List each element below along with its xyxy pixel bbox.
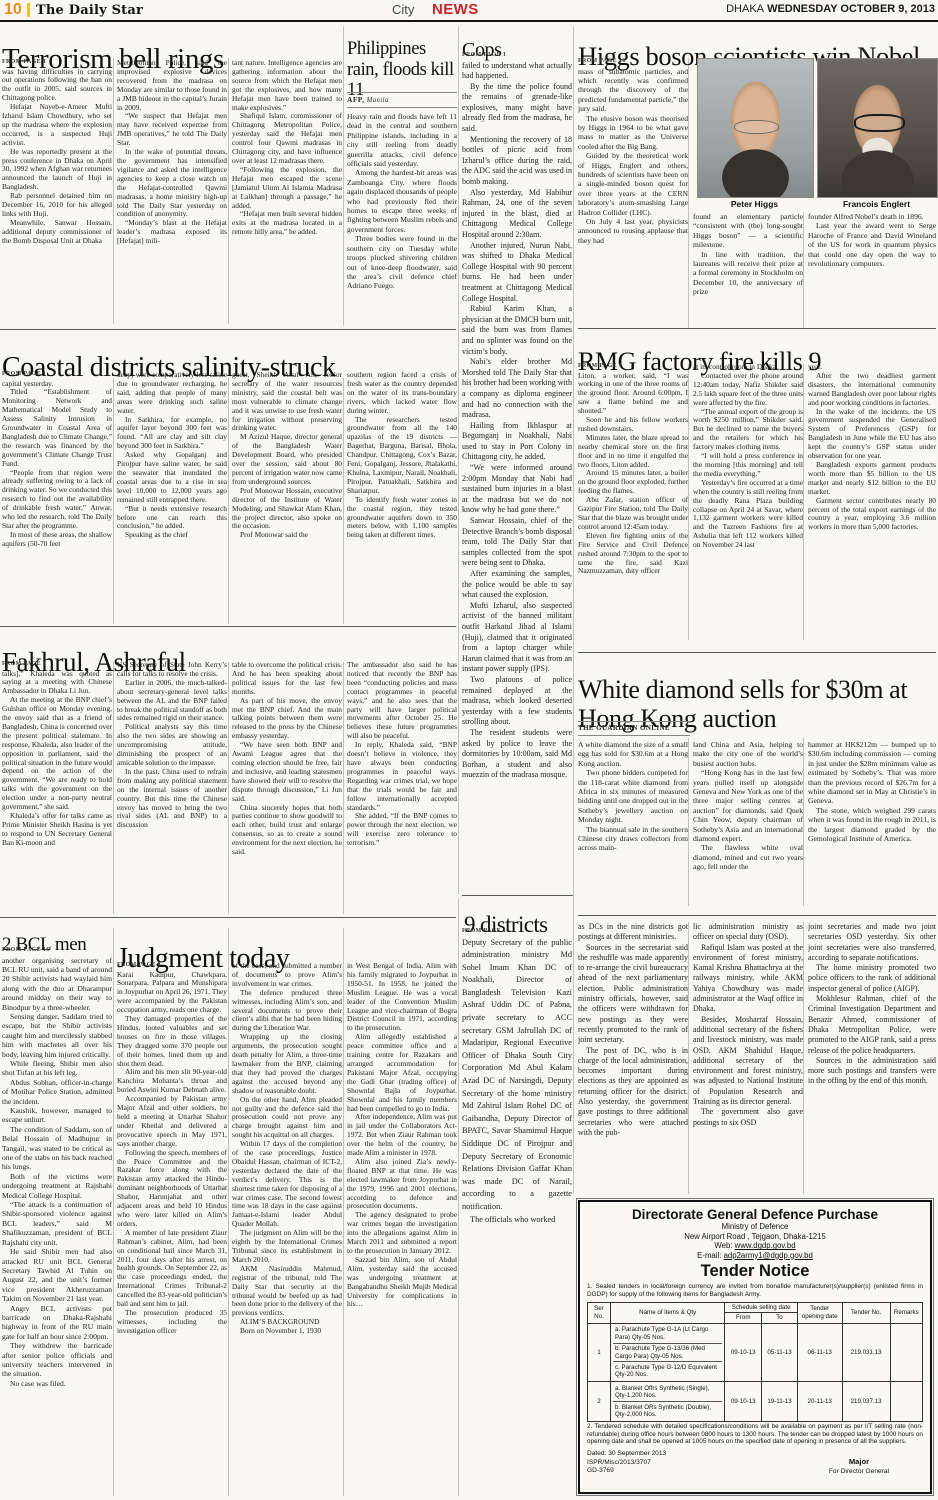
paragraph: In most of these areas, the shallow aqui… — [2, 531, 112, 549]
paragraph: Meanwhile, Sanwar Hossain, additional de… — [2, 219, 112, 246]
column-rule — [228, 928, 229, 1496]
photo-caption: Francois Englert — [817, 199, 936, 209]
paragraph: Two platoons of police remained deployed… — [462, 675, 572, 728]
article-column: of the case, and submitted a number of d… — [232, 962, 342, 1496]
continuation-tag: From Page 1 — [462, 52, 572, 58]
article-column: From Page 16 another organising secretar… — [2, 947, 112, 1495]
col-header-tender-no: Tender No. — [842, 1302, 890, 1323]
paragraph: southern region faced a crisis of fresh … — [347, 371, 457, 416]
paragraph: Rab personnel detained him on December 1… — [2, 192, 112, 219]
paragraph: He was reportedly present at the press c… — [2, 148, 112, 193]
dateline-city: DHAKA — [726, 3, 764, 15]
cell-items: a. Blanket Offrs Synthetic (Single), Qty… — [610, 1382, 724, 1422]
byline-place: Manila — [367, 97, 389, 104]
cell-remarks — [890, 1382, 922, 1422]
column-rule — [343, 928, 344, 1496]
paragraph: The stone, which weighed 299 carats when… — [808, 806, 936, 844]
article-column: From Page 1 was having difficulties in c… — [2, 59, 112, 325]
column-text: capital yesterday.Titled “Establishment … — [2, 380, 112, 549]
paragraph: mass of subatomic particles, and which r… — [578, 67, 688, 114]
continuation-tag: From Page 1 — [117, 962, 227, 968]
article-column: as DCs in the nine districts got posting… — [578, 922, 688, 1194]
article-column: founder Alfred Nobel’s death in 1896.Las… — [808, 212, 936, 328]
paragraph: Minutes later, the blaze spread to nearb… — [578, 434, 688, 470]
paragraph: No case was filed. — [2, 1379, 112, 1388]
col-header-schedule: Schedule selling date — [725, 1302, 797, 1312]
paragraph: The defence produced three witnesses, in… — [232, 989, 342, 1034]
paragraph: Wrapping up the closing arguments, the p… — [232, 1033, 342, 1095]
tender-table: Ser No. Name of items & Qty Schedule sel… — [587, 1302, 923, 1422]
paragraph: Shafiqul Islam, commissioner of Chittago… — [232, 112, 342, 165]
column-rule — [343, 662, 344, 914]
paragraph: The condition of Saddam, son of Belal Ho… — [2, 1125, 112, 1172]
tender-signature: Major For Director General — [829, 1458, 889, 1476]
paragraph: founder Alfred Nobel’s death in 1896. — [808, 212, 936, 221]
web-link[interactable]: www.dgdp.gov.bd — [735, 1241, 796, 1250]
paragraph: They damaged properties of the Hindus, l… — [117, 1015, 227, 1068]
paragraph: Rabiul Karim Khan, a physician at the DM… — [462, 304, 572, 357]
paragraph: The government also gave postings to six… — [693, 1107, 803, 1128]
paragraph: Titled “Establishment of Monitoring Netw… — [2, 388, 112, 468]
tender-email-line: E-mail: adp2army1@dgdp.gov.bd — [587, 1251, 923, 1261]
article-column: in West Bengal of India, Alim with his f… — [347, 962, 457, 1496]
paragraph: Soon he and his fellow workers rushed do… — [578, 416, 688, 434]
paragraph: He said Shibir men had also attacked RU … — [2, 1247, 112, 1303]
web-label: Web: — [714, 1241, 734, 1250]
paragraph: Eleven fire fighting units of the Fire S… — [578, 532, 688, 577]
article-column: From Page 1 Liton, a worker, said, “I wa… — [578, 363, 688, 641]
paragraph: land China and Asia, helping to make the… — [693, 740, 803, 768]
paragraph: A white diamond the size of a small egg … — [578, 740, 688, 768]
cell-ser: 1 — [588, 1323, 611, 1381]
section-label-city: City — [392, 2, 414, 17]
byline-agency: AFP, — [347, 95, 364, 104]
column-rule — [803, 922, 804, 1194]
paragraph: found an elementary particle “consistent… — [693, 212, 803, 250]
column-rule — [458, 26, 459, 894]
paragraph: Contacted over the phone around 12:40am … — [693, 372, 803, 408]
paragraph: Speaking as the chief — [117, 531, 227, 540]
paragraph: lic administration ministry as officer o… — [693, 922, 803, 943]
paragraph: Karai Kadipur, Chawkpara, Sonarpara, Pal… — [117, 971, 227, 1016]
email-label: E-mail: — [697, 1251, 723, 1260]
paragraph: After the two deadliest garment disaster… — [808, 372, 936, 408]
paragraph: Metropolitan Police, said the improvised… — [117, 59, 227, 112]
article-column: US Secretary of State John Kerry’s calls… — [117, 661, 227, 914]
column-rule — [113, 662, 114, 914]
continuation-tag: From Page 16 — [462, 928, 572, 934]
column-text: Liton, a worker, said, “I was working in… — [578, 372, 688, 577]
paragraph: Khaleda’s offer for talks came as Prime … — [2, 812, 112, 848]
paragraph: Abdus Sobhan, officer-in-charge of Motih… — [2, 1078, 112, 1106]
paragraph: Political analysts say this time also th… — [117, 723, 227, 768]
article-column: land China and Asia, helping to make the… — [693, 740, 803, 906]
article-column: found an elementary particle “consistent… — [693, 212, 803, 328]
paragraph: The agency designated to probe war crime… — [347, 1211, 457, 1256]
article-column: From Page 16 mass of subatomic particles… — [578, 58, 688, 328]
paragraph: In the wake of potential threats, the go… — [117, 148, 227, 219]
paragraph: While fleeing, Shibir men also shot Tufa… — [2, 1059, 112, 1078]
paragraph: “We have seen both BNP and Awami League … — [232, 741, 342, 803]
paragraph: a. Blanket Offrs Synthetic (Single), Qty… — [613, 1383, 722, 1401]
paragraph: The judgment on Alim will be the eighth … — [232, 1229, 342, 1265]
column-rule — [343, 378, 344, 624]
paragraph: Earlier in 2006, the much-talked-about s… — [117, 679, 227, 724]
paragraph: Besides, Mosharraf Hossain, additional s… — [693, 1015, 803, 1108]
photo-peter-higgs — [697, 58, 814, 198]
tender-paragraph-1: 1. Sealed tenders in local/foreign curre… — [587, 1283, 923, 1299]
column-text: talks],” Khaleda was quoted as saying at… — [2, 670, 112, 848]
paragraph: Sources in the secretariat said the resh… — [578, 943, 688, 1046]
dateline: DHAKA WEDNESDAY OCTOBER 9, 2013 — [726, 3, 935, 15]
paragraph: Rafiqul Islam was posted at the environm… — [693, 943, 803, 1015]
paragraph: The officials who worked — [462, 1214, 572, 1227]
column-text: Deputy Secretary of the public administr… — [462, 937, 572, 1227]
column-rule — [113, 58, 114, 324]
paragraph: Asked why Gopalganj and Pirojpur have sa… — [117, 451, 227, 504]
article-column: lic administration ministry as officer o… — [693, 922, 803, 1194]
article-column: at its control room in Dhaka.Contacted o… — [693, 363, 803, 641]
paragraph: US Secretary of State John Kerry’s calls… — [117, 661, 227, 679]
col-header-ser: Ser No. — [588, 1302, 611, 1323]
paragraph: tant nature. Intelligence agencies are g… — [232, 59, 342, 112]
paragraph: “Following the explosion, the Hefajat me… — [232, 166, 342, 211]
col-header-from: From — [725, 1313, 762, 1323]
paragraph: Prof Monowar said the — [232, 531, 342, 540]
column-rule — [803, 212, 804, 328]
article-column: From Page 1 capital yesterday.Titled “Es… — [2, 371, 112, 624]
article-column: From Page 1 talks],” Khaleda was quoted … — [2, 661, 112, 914]
cell-from: 09-10-13 — [725, 1323, 762, 1381]
paragraph: Alim allegedly established a peace commi… — [347, 1033, 457, 1113]
column-rule — [458, 898, 459, 1496]
paragraph: failed to understand what actually had h… — [462, 61, 572, 82]
article-column: table to overcome the political crisis. … — [232, 661, 342, 914]
article-column: tant nature. Intelligence agencies are g… — [232, 59, 342, 325]
col-header-to: To — [762, 1313, 798, 1323]
cell-tender-no: 219.037.13 — [842, 1382, 890, 1422]
photo-francois-englert — [817, 58, 938, 198]
paragraph: Mufti Izharul, also suspected activist o… — [462, 601, 572, 675]
folio-divider — [27, 3, 30, 17]
column-rule — [228, 378, 229, 624]
paragraph: Following the speech, members of the Pea… — [117, 1149, 227, 1229]
cell-items: a. Parachute Type G-1A (Lt Cargo Para) Q… — [610, 1323, 724, 1381]
tender-org-name: Directorate General Defence Purchase — [587, 1207, 923, 1222]
tender-footer: Dated: 30 September 2013 ISPR/Misc/2013/… — [587, 1450, 923, 1476]
tender-ministry: Ministry of Defence — [587, 1222, 923, 1232]
cell-ser: 2 — [588, 1382, 611, 1422]
section-rule — [0, 917, 456, 918]
paragraph: She added, “If the BNP comes to power th… — [347, 812, 457, 848]
paragraph: In line with tradition, the laureates wi… — [693, 250, 803, 297]
paragraph: In Satkhira, for example, no aquifer lay… — [117, 416, 227, 452]
tender-gd-number: GD-3769 — [587, 1467, 666, 1475]
paragraph: China sincerely hopes that both parties … — [232, 804, 342, 857]
section-divider-rule — [573, 26, 574, 1194]
signature-title: For Director General — [829, 1468, 889, 1475]
paragraph: another organising secretary of BCL RU u… — [2, 956, 112, 1012]
paragraph: Sensing danger, Saddam tried to escape, … — [2, 1012, 112, 1059]
paragraph: The post of DC, who is in charge of the … — [578, 1046, 688, 1139]
column-rule — [228, 662, 229, 914]
paragraph: Last year the award went to Serge Haroch… — [808, 221, 936, 268]
article-column: Metropolitan Police, said the improvised… — [117, 59, 227, 325]
paragraph: The resident students were asked by poli… — [462, 728, 572, 781]
paragraph: On July 4 last year, physicists announce… — [578, 217, 688, 245]
paragraph: The ambassador also said he has noticed … — [347, 661, 457, 741]
paragraph: table to overcome the political crisis. … — [232, 661, 342, 697]
tender-notice-box: Directorate General Defence Purchase Min… — [578, 1200, 932, 1494]
column-rule — [113, 928, 114, 1496]
paragraph: Hailing from Ikhlaspur at Begumganj in N… — [462, 421, 572, 463]
section-label-news: NEWS — [432, 1, 479, 18]
paragraph: Liton, a worker, said, “I was working in… — [578, 372, 688, 417]
paragraph: Also yesterday, Md Habibur Rahman, 24, o… — [462, 188, 572, 241]
paragraph: Yesterday’s fire occurred at a time when… — [693, 479, 803, 550]
paragraph: Kaushik, however, managed to escape unhu… — [2, 1106, 112, 1125]
paragraph: “We were informed around 2:00pm Monday t… — [462, 463, 572, 516]
paragraph: The biannual sale in the southern Chines… — [578, 825, 688, 853]
paragraph: deep) were comparatively less saline due… — [117, 371, 227, 416]
column-text: was having difficulties in carrying out … — [2, 68, 112, 246]
column-text: failed to understand what actually had h… — [462, 61, 572, 781]
paragraph: b. Blanket ORs Synthetic (Double), Qty-2… — [613, 1401, 722, 1420]
page-number: 10 — [4, 1, 22, 19]
paragraph: Among the hardest-hit areas was Zamboang… — [347, 168, 457, 234]
article-column: From Page 1 failed to understand what ac… — [462, 52, 572, 894]
paragraph: guest, Sheikh Altaf Ali, senior secretar… — [232, 371, 342, 433]
column-rule — [688, 738, 689, 906]
byline: AFP, Manila — [347, 92, 457, 108]
article-column: Heavy rain and floods have left 11 dead … — [347, 112, 457, 324]
paragraph: At the meeting at the BNP chief’s Gulsha… — [2, 696, 112, 812]
paragraph: AKM Nasiruddin Mahmud, registrar of the … — [232, 1265, 342, 1318]
paragraph: talks],” Khaleda was quoted as saying at… — [2, 670, 112, 697]
article-column: From Page 16 Deputy Secretary of the pub… — [462, 928, 572, 1494]
column-rule — [228, 58, 229, 324]
paragraph: “People from that region were already su… — [2, 469, 112, 531]
column-text: Karai Kadipur, Chawkpara, Sonarpara, Pal… — [117, 971, 227, 1336]
table-row: 2 a. Blanket Offrs Synthetic (Single), Q… — [588, 1382, 923, 1422]
column-rule — [688, 922, 689, 1194]
paragraph: “Hong Kong has in the last few years pul… — [693, 768, 803, 843]
paragraph: The prosecution produced 35 witnesses, i… — [117, 1309, 227, 1336]
cell-to: 05-11-13 — [762, 1323, 798, 1381]
paragraph: Guided by the theoretical work of Higgs,… — [578, 151, 688, 217]
column-text: mass of subatomic particles, and which r… — [578, 67, 688, 246]
paragraph: was having difficulties in carrying out … — [2, 68, 112, 104]
masthead-rule — [0, 20, 938, 22]
continuation-tag: From Page 1 — [2, 661, 112, 667]
continuation-tag: From Page 1 — [2, 59, 112, 65]
paragraph: Both of the victims were undergoing trea… — [2, 1172, 112, 1200]
paragraph: hammer at HK$212m — bumped up to $30.6m … — [808, 740, 936, 806]
paragraph: joint secretaries and made two joint sec… — [808, 922, 936, 963]
continuation-tag: From Page 1 — [2, 371, 112, 377]
article-column: year.After the two deadliest garment dis… — [808, 363, 936, 641]
paragraph: Angry BCL activists put barricade on Dha… — [2, 1304, 112, 1342]
paragraph: After independence, Alim was put in jail… — [347, 1113, 457, 1158]
tender-dated: Dated: 30 September 2013 — [587, 1450, 666, 1458]
cell-from: 09-10-13 — [725, 1382, 762, 1422]
newspaper-page: 10 The Daily Star City NEWS DHAKA WEDNES… — [0, 0, 938, 1500]
paragraph: “Hefajat men built several hidden exits … — [232, 210, 342, 237]
column-rule — [113, 378, 114, 624]
paragraph: of the case, and submitted a number of d… — [232, 962, 342, 989]
column-rule — [803, 364, 804, 640]
article-column: From Page 1 Karai Kadipur, Chawkpara, So… — [117, 962, 227, 1496]
paragraph: In the wake of the incidents, the US gov… — [808, 408, 936, 461]
paragraph: In the past, China used to refrain from … — [117, 768, 227, 830]
paragraph: “We suspect that Hefajat men may have re… — [117, 112, 227, 148]
paragraph: Bangladesh exports garment products wort… — [808, 461, 936, 497]
column-rule — [688, 364, 689, 640]
tender-web-line: Web: www.dgdp.gov.bd — [587, 1241, 923, 1251]
continuation-tag: From Page 16 — [578, 58, 688, 64]
paragraph: The elusive boson was theorised by Higgs… — [578, 114, 688, 152]
paragraph: “Monday’s blast at the Hefajat leader’s … — [117, 219, 227, 246]
continuation-tag: From Page 1 — [578, 363, 688, 369]
paragraph: On the other hand, Alim pleaded not guil… — [232, 1096, 342, 1141]
paragraph: Sazzad bin Alim, son of Abdul Alim, yest… — [347, 1256, 457, 1309]
email-link[interactable]: adp2army1@dgdp.gov.bd — [724, 1251, 813, 1260]
tender-footer-left: Dated: 30 September 2013 ISPR/Misc/2013/… — [587, 1450, 666, 1476]
paragraph: Another injured, Nurun Nabi, was shifted… — [462, 241, 572, 305]
paragraph: as DCs in the nine districts got posting… — [578, 922, 688, 943]
paragraph: To identify fresh water zones in the coa… — [347, 496, 457, 541]
paragraph: Abu Zafar, station officer of Gazipur Fi… — [578, 496, 688, 532]
paragraph: Sanwar Hossain, chief of the Detective B… — [462, 516, 572, 569]
paragraph: M Azizul Haque, director general of the … — [232, 433, 342, 486]
paragraph: The researchers tested groundwater from … — [347, 416, 457, 496]
paragraph: They withdrew the barricade after senior… — [2, 1341, 112, 1379]
column-rule — [803, 738, 804, 906]
paper-logo: The Daily Star — [36, 3, 143, 18]
paragraph: Accompanied by Pakistan army Major Afzal… — [117, 1095, 227, 1148]
paragraph: Mentioning the recovery of 18 bottles of… — [462, 135, 572, 188]
tender-paragraph-2: 2. Tendered schedule with detailed speci… — [587, 1423, 923, 1446]
paragraph: c. Parachute Type G-12/D Equivalent Qty-… — [613, 1361, 722, 1380]
paragraph: Sources in the administration said more … — [808, 1056, 936, 1087]
dateline-date: WEDNESDAY OCTOBER 9, 2013 — [767, 3, 935, 15]
tender-ref: ISPR/Misc/2013/3707 — [587, 1459, 666, 1467]
paragraph: By the time the police found the remains… — [462, 82, 572, 135]
cell-opening: 06-11-13 — [797, 1323, 842, 1381]
byline: The Guardian Online — [578, 721, 690, 736]
section-rule — [578, 328, 936, 329]
col-header-opening: Tender opening date — [797, 1302, 842, 1323]
paragraph: Two phone bidders competed for the 118-c… — [578, 768, 688, 824]
paragraph: Mokhlesur Rahman, chief of the Criminal … — [808, 994, 936, 1056]
section-rule — [578, 915, 936, 916]
paragraph: Heavy rain and floods have left 11 dead … — [347, 112, 457, 168]
paragraph: Born on November 1, 1930 — [232, 1327, 342, 1336]
article-column: A white diamond the size of a small egg … — [578, 740, 688, 906]
article-column: southern region faced a crisis of fresh … — [347, 371, 457, 624]
paragraph: Alim and his men slit 90-year-old Kanchi… — [117, 1068, 227, 1095]
table-header-row: Ser No. Name of items & Qty Schedule sel… — [588, 1302, 923, 1312]
paragraph: A member of late president Ziaur Rahman’… — [117, 1229, 227, 1309]
paragraph: Garment sector contributes nearly 80 per… — [808, 497, 936, 533]
paragraph: b. Parachute Type G-13/36 (Med Cargo Par… — [613, 1343, 722, 1362]
article-column: guest, Sheikh Altaf Ali, senior secretar… — [232, 371, 342, 624]
paragraph: “I will hold a press conference in the m… — [693, 452, 803, 479]
col-header-items: Name of items & Qty — [610, 1302, 724, 1323]
article-column: joint secretaries and made two joint sec… — [808, 922, 936, 1194]
paragraph: “But it needs extensive research before … — [117, 505, 227, 532]
signature-rank: Major — [849, 1457, 869, 1466]
section-rule — [578, 652, 936, 653]
paragraph: After examining the samples, the police … — [462, 569, 572, 601]
column-rule — [688, 58, 689, 328]
col-header-remarks: Remarks — [890, 1302, 922, 1323]
section-rule — [0, 329, 456, 330]
paragraph: The home ministry promoted two police of… — [808, 963, 936, 994]
paragraph: Hefajat Nayeb-e-Ameer Mufti Izharul Isla… — [2, 103, 112, 148]
continuation-tag: From Page 16 — [2, 947, 112, 953]
cell-remarks — [890, 1323, 922, 1381]
paragraph: Alim also joined Zia’s newly-floated BNP… — [347, 1158, 457, 1211]
paragraph: “The annual export of the group is worth… — [693, 408, 803, 453]
paragraph: Within 17 days of the completion of the … — [232, 1140, 342, 1229]
cell-opening: 20-11-13 — [797, 1382, 842, 1422]
paragraph: As part of his move, the envoy met the B… — [232, 697, 342, 742]
paragraph: The flawless white oval diamond, mined a… — [693, 843, 803, 871]
article-column: deep) were comparatively less saline due… — [117, 371, 227, 624]
paragraph: Nabi’s elder brother Md Morshed told The… — [462, 357, 572, 421]
masthead: 10 The Daily Star City NEWS DHAKA WEDNES… — [0, 0, 938, 21]
paragraph: a. Parachute Type G-1A (Lt Cargo Para) Q… — [613, 1325, 722, 1343]
column-text: another organising secretary of BCL RU u… — [2, 956, 112, 1389]
cell-to: 19-11-13 — [762, 1382, 798, 1422]
paragraph: Three bodies were found in the southern … — [347, 234, 457, 290]
section-rule — [0, 626, 456, 627]
paragraph: In reply, Khaleda said, “BNP doesn’t bel… — [347, 741, 457, 812]
paragraph: Prof Monowar Hossain, executive director… — [232, 487, 342, 532]
tender-address: New Airport Road , Tejgaon, Dhaka-1215 — [587, 1232, 923, 1242]
paragraph: “The attack is a continuation of Shibir-… — [2, 1200, 112, 1247]
paragraph: Deputy Secretary of the public administr… — [462, 937, 572, 1214]
table-row: 1 a. Parachute Type G-1A (Lt Cargo Para)… — [588, 1323, 923, 1381]
tender-title: Tender Notice — [587, 1262, 923, 1281]
article-column: The ambassador also said he has noticed … — [347, 661, 457, 914]
paragraph: Around 15 minutes later, a boiler on the… — [578, 469, 688, 496]
section-rule — [462, 895, 573, 896]
photo-caption: Peter Higgs — [697, 199, 812, 209]
paragraph: in West Bengal of India, Alim with his f… — [347, 962, 457, 1033]
column-rule — [343, 26, 344, 326]
article-column: hammer at HK$212m — bumped up to $30.6m … — [808, 740, 936, 906]
cell-tender-no: 219.031.13 — [842, 1323, 890, 1381]
